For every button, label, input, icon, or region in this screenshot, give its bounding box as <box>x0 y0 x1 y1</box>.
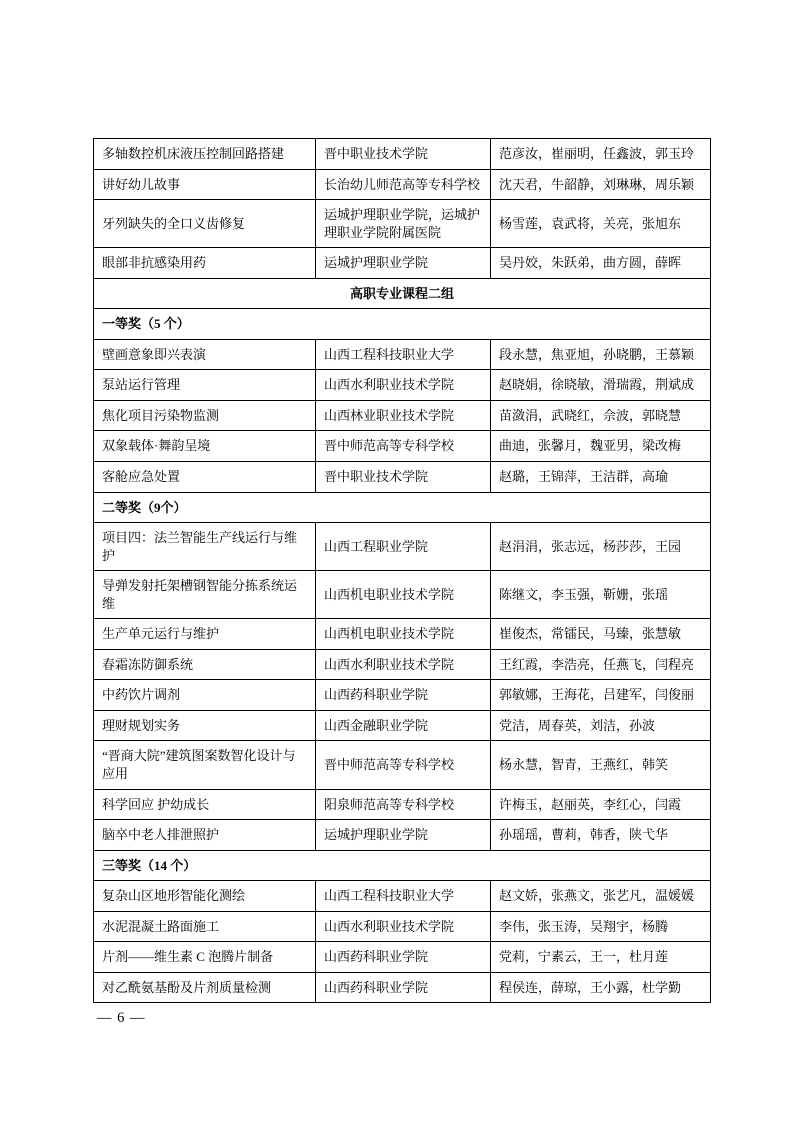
school-cell: 运城护理职业学院 <box>316 248 491 279</box>
school-cell: 山西机电职业技术学院 <box>316 571 491 619</box>
award-tier-header-row: 二等奖（9个） <box>94 492 711 523</box>
school-cell: 山西药科职业学院 <box>316 942 491 973</box>
members-cell: 崔俊杰，常镭民，马臻，张慧敏 <box>491 619 711 650</box>
group-header: 高职专业课程二组 <box>94 278 711 309</box>
course-cell: “晋商大院”建筑图案数智化设计与应用 <box>94 741 316 789</box>
table-row: 导弹发射托架槽钢智能分拣系统运维山西机电职业技术学院陈继文，李玉强，靳姗，张瑶 <box>94 571 711 619</box>
school-cell: 晋中师范高等专科学校 <box>316 741 491 789</box>
course-cell: 牙列缺失的全口义齿修复 <box>94 200 316 248</box>
school-cell: 运城护理职业学院 <box>316 820 491 851</box>
award-tier-header-row: 一等奖（5 个） <box>94 309 711 340</box>
course-cell: 复杂山区地形智能化测绘 <box>94 881 316 912</box>
award-tier-header: 三等奖（14 个） <box>94 850 711 881</box>
award-tier-header-row: 三等奖（14 个） <box>94 850 711 881</box>
members-cell: 党莉，宁素云，王一，杜月莲 <box>491 942 711 973</box>
members-cell: 程侯连，薛琼，王小露，杜学勤 <box>491 972 711 1003</box>
course-cell: 科学回应 护幼成长 <box>94 789 316 820</box>
table-row: 客舱应急处置晋中职业技术学院赵璐，王锦萍，王洁群，高瑜 <box>94 462 711 493</box>
school-cell: 山西工程科技职业大学 <box>316 881 491 912</box>
awards-table-body: 多轴数控机床液压控制回路搭建晋中职业技术学院范彦汝，崔丽明，任鑫波，郭玉玲讲好幼… <box>94 139 711 1003</box>
members-cell: 赵晓娟，徐晓敏，滑瑞霞，荆斌成 <box>491 370 711 401</box>
school-cell: 阳泉师范高等专科学校 <box>316 789 491 820</box>
table-row: 焦化项目污染物监测山西林业职业技术学院苗潋涓，武晓红，佘波，郭晓慧 <box>94 400 711 431</box>
table-row: 春霜冻防御系统山西水利职业技术学院王红霞，李浩亮，任燕飞，闫程亮 <box>94 649 711 680</box>
document-page: 多轴数控机床液压控制回路搭建晋中职业技术学院范彦汝，崔丽明，任鑫波，郭玉玲讲好幼… <box>0 0 794 1123</box>
school-cell: 山西药科职业学院 <box>316 972 491 1003</box>
course-cell: 眼部非抗感染用药 <box>94 248 316 279</box>
school-cell: 晋中师范高等专科学校 <box>316 431 491 462</box>
course-cell: 双象载体·舞韵呈境 <box>94 431 316 462</box>
table-row: 眼部非抗感染用药运城护理职业学院吴丹姣，朱跃弟，曲方圆，薛晖 <box>94 248 711 279</box>
course-cell: 壁画意象即兴表演 <box>94 339 316 370</box>
members-cell: 范彦汝，崔丽明，任鑫波，郭玉玲 <box>491 139 711 170</box>
members-cell: 赵文娇，张燕文，张艺凡，温媛媛 <box>491 881 711 912</box>
course-cell: 理财规划实务 <box>94 710 316 741</box>
course-cell: 中药饮片调剂 <box>94 680 316 711</box>
table-row: 中药饮片调剂山西药科职业学院郭敏娜，王海花，吕建军，闫俊丽 <box>94 680 711 711</box>
members-cell: 陈继文，李玉强，靳姗，张瑶 <box>491 571 711 619</box>
table-row: 理财规划实务山西金融职业学院党洁，周春英，刘洁，孙波 <box>94 710 711 741</box>
school-cell: 山西机电职业技术学院 <box>316 619 491 650</box>
award-tier-header: 二等奖（9个） <box>94 492 711 523</box>
course-cell: 脑卒中老人排泄照护 <box>94 820 316 851</box>
school-cell: 运城护理职业学院，运城护理职业学院附属医院 <box>316 200 491 248</box>
group-header-row: 高职专业课程二组 <box>94 278 711 309</box>
members-cell: 李伟，张玉涛，吴翔宇，杨腾 <box>491 911 711 942</box>
table-row: 科学回应 护幼成长阳泉师范高等专科学校许梅玉，赵丽英，李红心，闫霞 <box>94 789 711 820</box>
school-cell: 晋中职业技术学院 <box>316 139 491 170</box>
table-row: 项目四：法兰智能生产线运行与维护山西工程职业学院赵涓涓，张志远，杨莎莎，王园 <box>94 523 711 571</box>
members-cell: 段永慧，焦亚旭，孙晓鹏，王慕颖 <box>491 339 711 370</box>
school-cell: 山西工程职业学院 <box>316 523 491 571</box>
school-cell: 山西林业职业技术学院 <box>316 400 491 431</box>
table-row: 片剂——维生素 C 泡腾片制备山西药科职业学院党莉，宁素云，王一，杜月莲 <box>94 942 711 973</box>
table-row: 对乙酰氨基酚及片剂质量检测山西药科职业学院程侯连，薛琼，王小露，杜学勤 <box>94 972 711 1003</box>
course-cell: 春霜冻防御系统 <box>94 649 316 680</box>
school-cell: 山西水利职业技术学院 <box>316 649 491 680</box>
members-cell: 杨永慧，智青，王燕红，韩笑 <box>491 741 711 789</box>
course-cell: 项目四：法兰智能生产线运行与维护 <box>94 523 316 571</box>
members-cell: 赵涓涓，张志远，杨莎莎，王园 <box>491 523 711 571</box>
course-cell: 导弹发射托架槽钢智能分拣系统运维 <box>94 571 316 619</box>
members-cell: 王红霞，李浩亮，任燕飞，闫程亮 <box>491 649 711 680</box>
school-cell: 山西药科职业学院 <box>316 680 491 711</box>
course-cell: 多轴数控机床液压控制回路搭建 <box>94 139 316 170</box>
table-row: “晋商大院”建筑图案数智化设计与应用晋中师范高等专科学校杨永慧，智青，王燕红，韩… <box>94 741 711 789</box>
course-cell: 水泥混凝土路面施工 <box>94 911 316 942</box>
course-cell: 客舱应急处置 <box>94 462 316 493</box>
members-cell: 党洁，周春英，刘洁，孙波 <box>491 710 711 741</box>
table-row: 牙列缺失的全口义齿修复运城护理职业学院，运城护理职业学院附属医院杨雪莲，袁武将，… <box>94 200 711 248</box>
table-row: 讲好幼儿故事长治幼儿师范高等专科学校沈天君，牛韶静，刘琳琳，周乐颖 <box>94 169 711 200</box>
course-cell: 讲好幼儿故事 <box>94 169 316 200</box>
table-row: 壁画意象即兴表演山西工程科技职业大学段永慧，焦亚旭，孙晓鹏，王慕颖 <box>94 339 711 370</box>
school-cell: 山西工程科技职业大学 <box>316 339 491 370</box>
members-cell: 许梅玉，赵丽英，李红心，闫霞 <box>491 789 711 820</box>
school-cell: 长治幼儿师范高等专科学校 <box>316 169 491 200</box>
members-cell: 吴丹姣，朱跃弟，曲方圆，薛晖 <box>491 248 711 279</box>
members-cell: 杨雪莲，袁武将，关亮，张旭东 <box>491 200 711 248</box>
award-tier-header: 一等奖（5 个） <box>94 309 711 340</box>
course-cell: 片剂——维生素 C 泡腾片制备 <box>94 942 316 973</box>
table-row: 复杂山区地形智能化测绘山西工程科技职业大学赵文娇，张燕文，张艺凡，温媛媛 <box>94 881 711 912</box>
table-row: 双象载体·舞韵呈境晋中师范高等专科学校曲迪，张馨月，魏亚男，梁改梅 <box>94 431 711 462</box>
school-cell: 晋中职业技术学院 <box>316 462 491 493</box>
members-cell: 苗潋涓，武晓红，佘波，郭晓慧 <box>491 400 711 431</box>
course-cell: 对乙酰氨基酚及片剂质量检测 <box>94 972 316 1003</box>
table-row: 生产单元运行与维护山西机电职业技术学院崔俊杰，常镭民，马臻，张慧敏 <box>94 619 711 650</box>
school-cell: 山西金融职业学院 <box>316 710 491 741</box>
school-cell: 山西水利职业技术学院 <box>316 911 491 942</box>
course-cell: 生产单元运行与维护 <box>94 619 316 650</box>
awards-table: 多轴数控机床液压控制回路搭建晋中职业技术学院范彦汝，崔丽明，任鑫波，郭玉玲讲好幼… <box>93 138 711 1003</box>
members-cell: 沈天君，牛韶静，刘琳琳，周乐颖 <box>491 169 711 200</box>
school-cell: 山西水利职业技术学院 <box>316 370 491 401</box>
course-cell: 焦化项目污染物监测 <box>94 400 316 431</box>
table-row: 脑卒中老人排泄照护运城护理职业学院孙瑶瑶，曹莉，韩香，陕弋华 <box>94 820 711 851</box>
table-row: 水泥混凝土路面施工山西水利职业技术学院李伟，张玉涛，吴翔宇，杨腾 <box>94 911 711 942</box>
members-cell: 赵璐，王锦萍，王洁群，高瑜 <box>491 462 711 493</box>
members-cell: 曲迪，张馨月，魏亚男，梁改梅 <box>491 431 711 462</box>
table-row: 多轴数控机床液压控制回路搭建晋中职业技术学院范彦汝，崔丽明，任鑫波，郭玉玲 <box>94 139 711 170</box>
members-cell: 孙瑶瑶，曹莉，韩香，陕弋华 <box>491 820 711 851</box>
table-row: 泵站运行管理山西水利职业技术学院赵晓娟，徐晓敏，滑瑞霞，荆斌成 <box>94 370 711 401</box>
page-number: — 6 — <box>97 1010 146 1027</box>
course-cell: 泵站运行管理 <box>94 370 316 401</box>
members-cell: 郭敏娜，王海花，吕建军，闫俊丽 <box>491 680 711 711</box>
